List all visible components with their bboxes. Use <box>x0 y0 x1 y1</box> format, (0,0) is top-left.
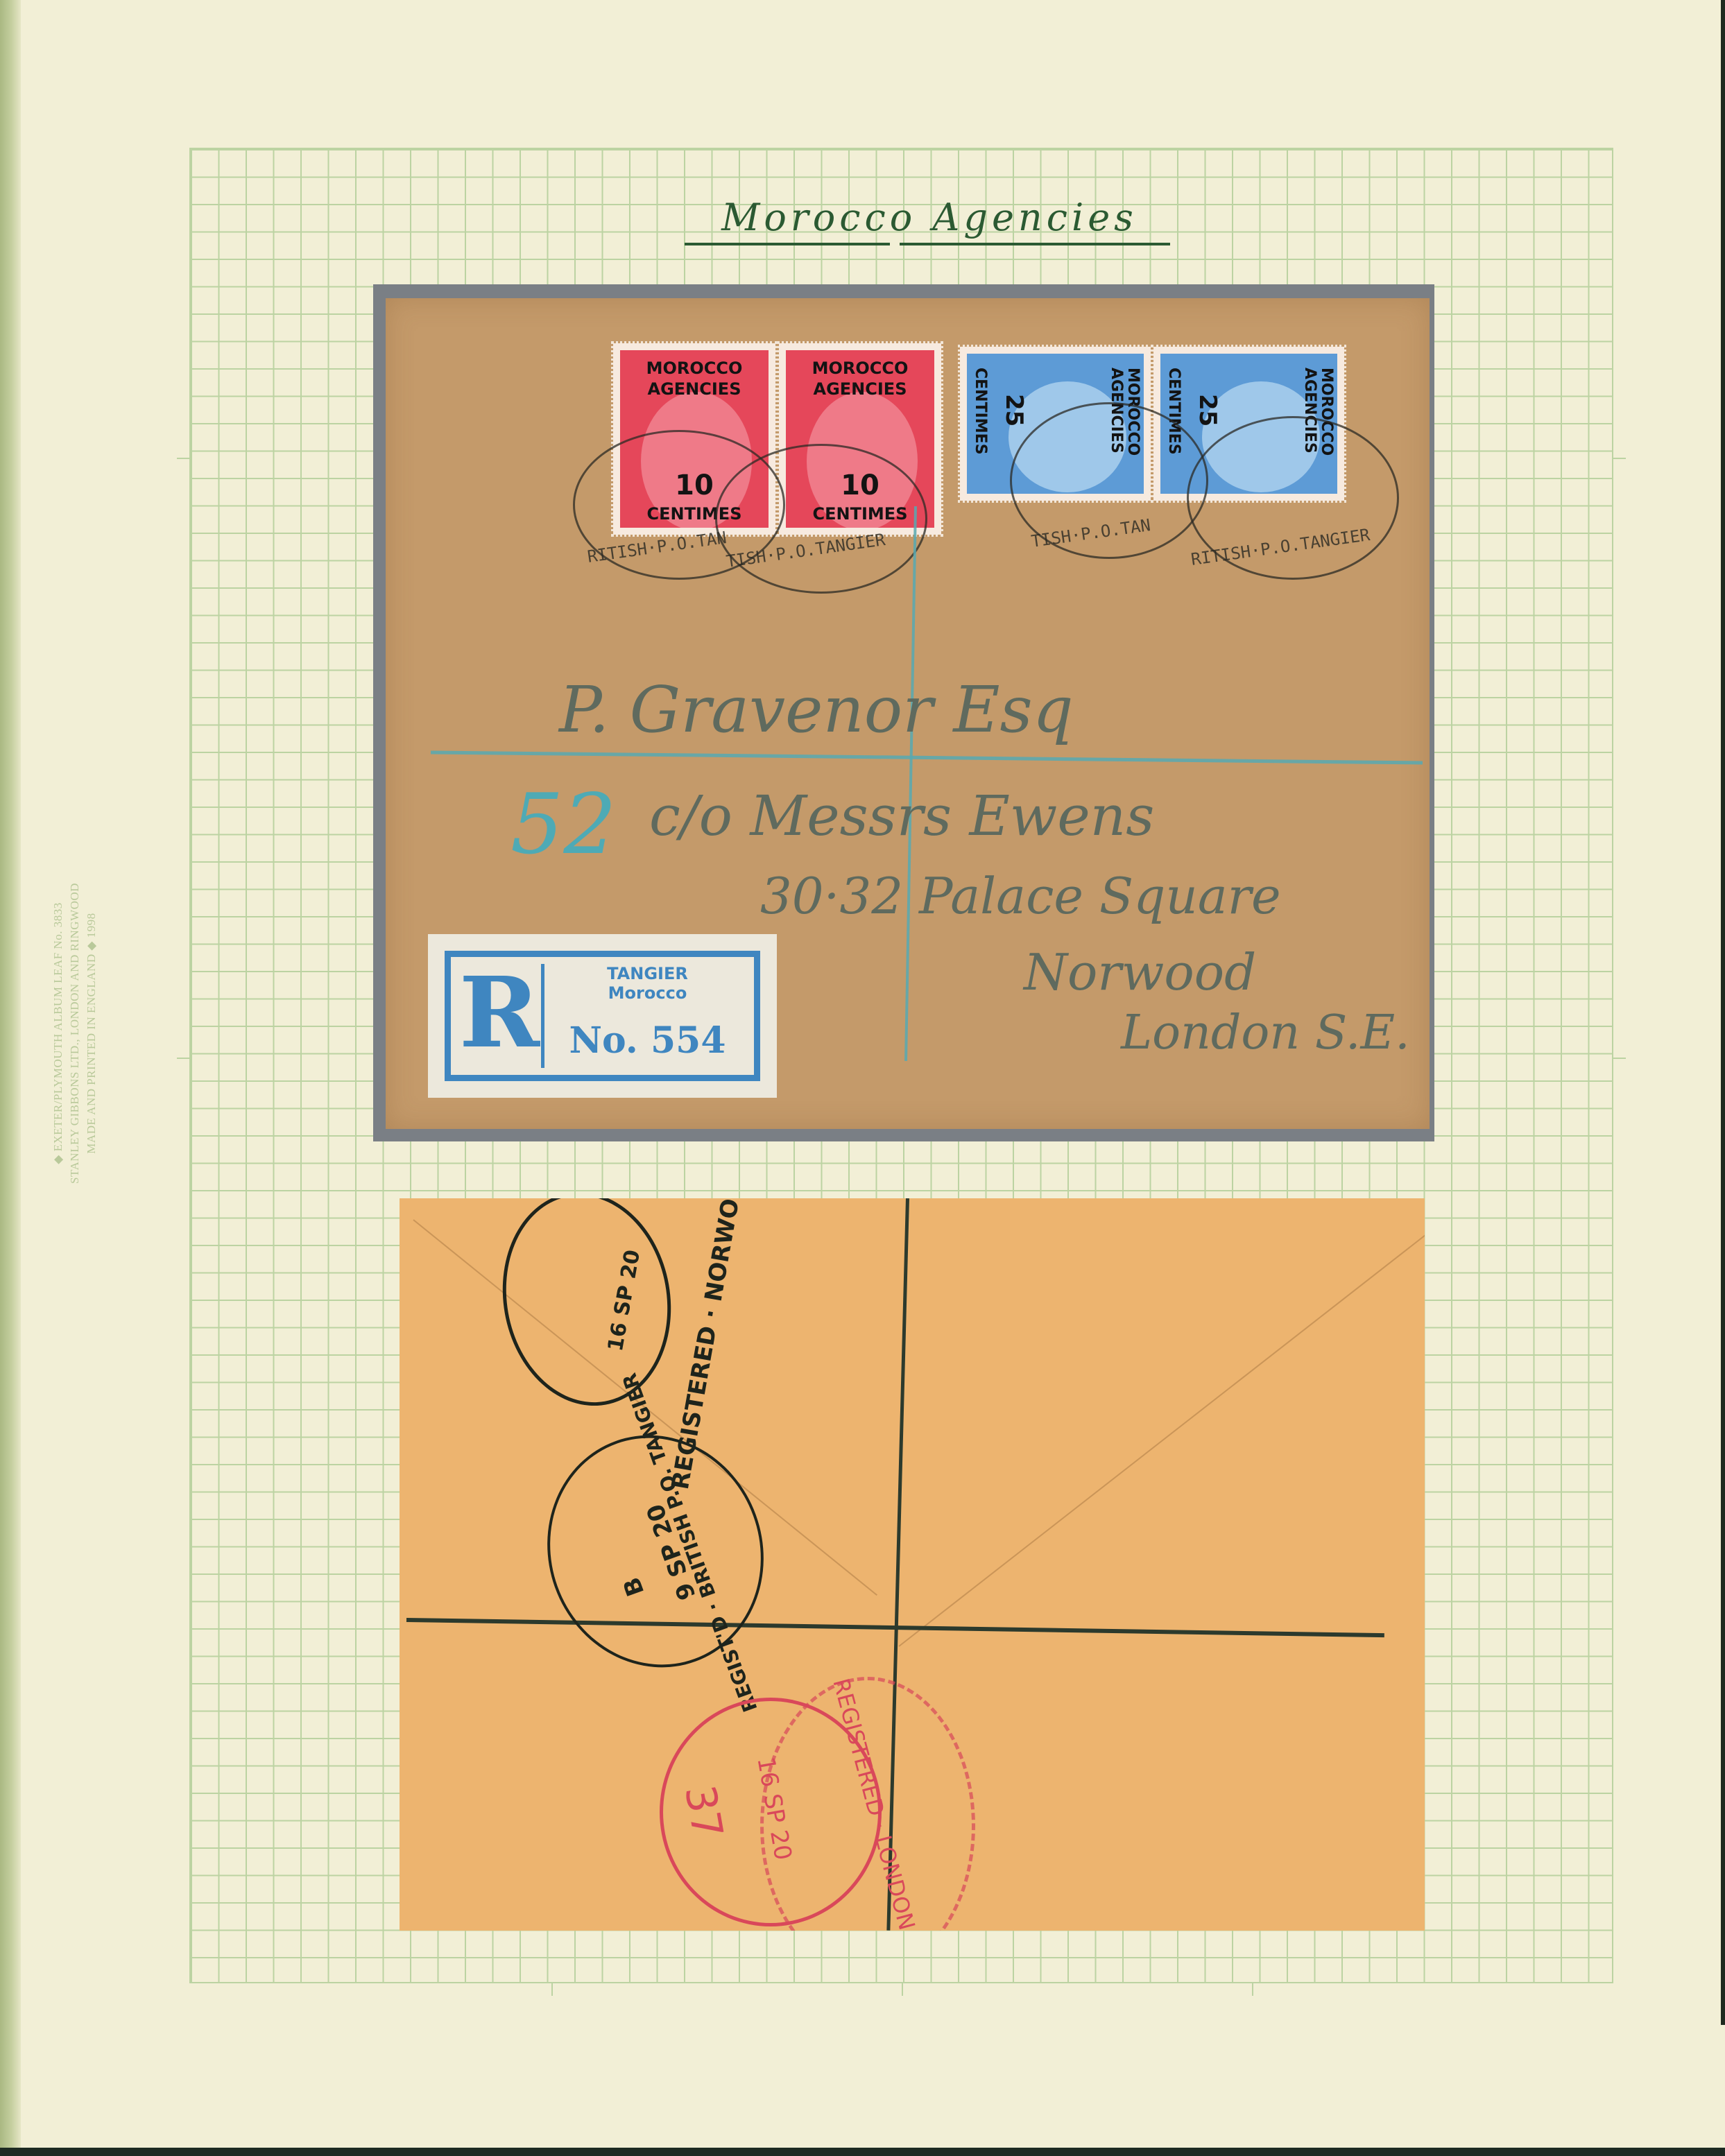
crayon-number: 52 <box>510 777 617 873</box>
grid-tick <box>551 1983 553 1996</box>
overprint-value: 25 <box>1196 394 1219 426</box>
registration-label: R TANGIER Morocco No. 554 <box>428 934 777 1098</box>
grid-tick <box>1252 1983 1253 1996</box>
imprint-line: MADE AND PRINTED IN ENGLAND ◆ 1998 <box>83 818 100 1248</box>
crayon-line-horizontal <box>431 751 1423 765</box>
address-line: Norwood <box>1024 943 1256 1001</box>
overprint-text: AGENCIES <box>786 381 934 397</box>
grid-tick <box>177 458 189 459</box>
overprint-text: CENTIMES <box>972 368 988 455</box>
imprint-line: STANLEY GIBBONS LTD., LONDON AND RINGWOO… <box>67 818 83 1248</box>
address-line: London S.E. <box>1121 1006 1410 1060</box>
address-line: P. Gravenor Esq <box>559 673 1074 747</box>
overprint-value: 25 <box>1002 394 1026 426</box>
title-underline <box>900 243 1170 245</box>
overprint-text: MOROCCO <box>786 360 934 377</box>
registration-country: Morocco <box>548 983 747 1003</box>
binder-edge <box>0 0 21 2156</box>
label-divider <box>541 964 544 1068</box>
page-bottom-shadow <box>0 2148 1725 2156</box>
postmark-oval-norwood <box>486 1198 687 1419</box>
registration-letter: R <box>458 961 541 1065</box>
grid-tick <box>177 1058 189 1059</box>
overprint-text: MOROCCO <box>620 360 769 377</box>
overprint-text: AGENCIES <box>620 381 769 397</box>
registration-city: TANGIER <box>548 964 747 983</box>
cover-back: REGISTERED · NORWOOD S.E. 16 SP 20 REGIS… <box>400 1198 1425 1931</box>
page-title: Morocco Agencies <box>687 196 1172 239</box>
publisher-imprint: ◆ EXETER/PLYMOUTH ALBUM LEAF No. 3833 ST… <box>50 818 100 1248</box>
grid-tick <box>1613 1058 1626 1059</box>
postmark-circle <box>715 444 927 594</box>
postmark-code: 37 <box>675 1782 732 1842</box>
imprint-line: ◆ EXETER/PLYMOUTH ALBUM LEAF No. 3833 <box>50 818 67 1248</box>
address-line: c/o Messrs Ewens <box>649 784 1154 848</box>
grid-tick <box>1613 458 1626 459</box>
page-edge-shadow <box>1721 0 1725 2025</box>
grid-tick <box>902 1983 903 1996</box>
title-underline <box>685 243 890 245</box>
envelope-flap-line <box>898 1227 1425 1647</box>
registration-number: No. 554 <box>548 1019 747 1062</box>
address-line: 30·32 Palace Square <box>760 867 1281 925</box>
registration-label-frame: R TANGIER Morocco No. 554 <box>445 951 760 1081</box>
